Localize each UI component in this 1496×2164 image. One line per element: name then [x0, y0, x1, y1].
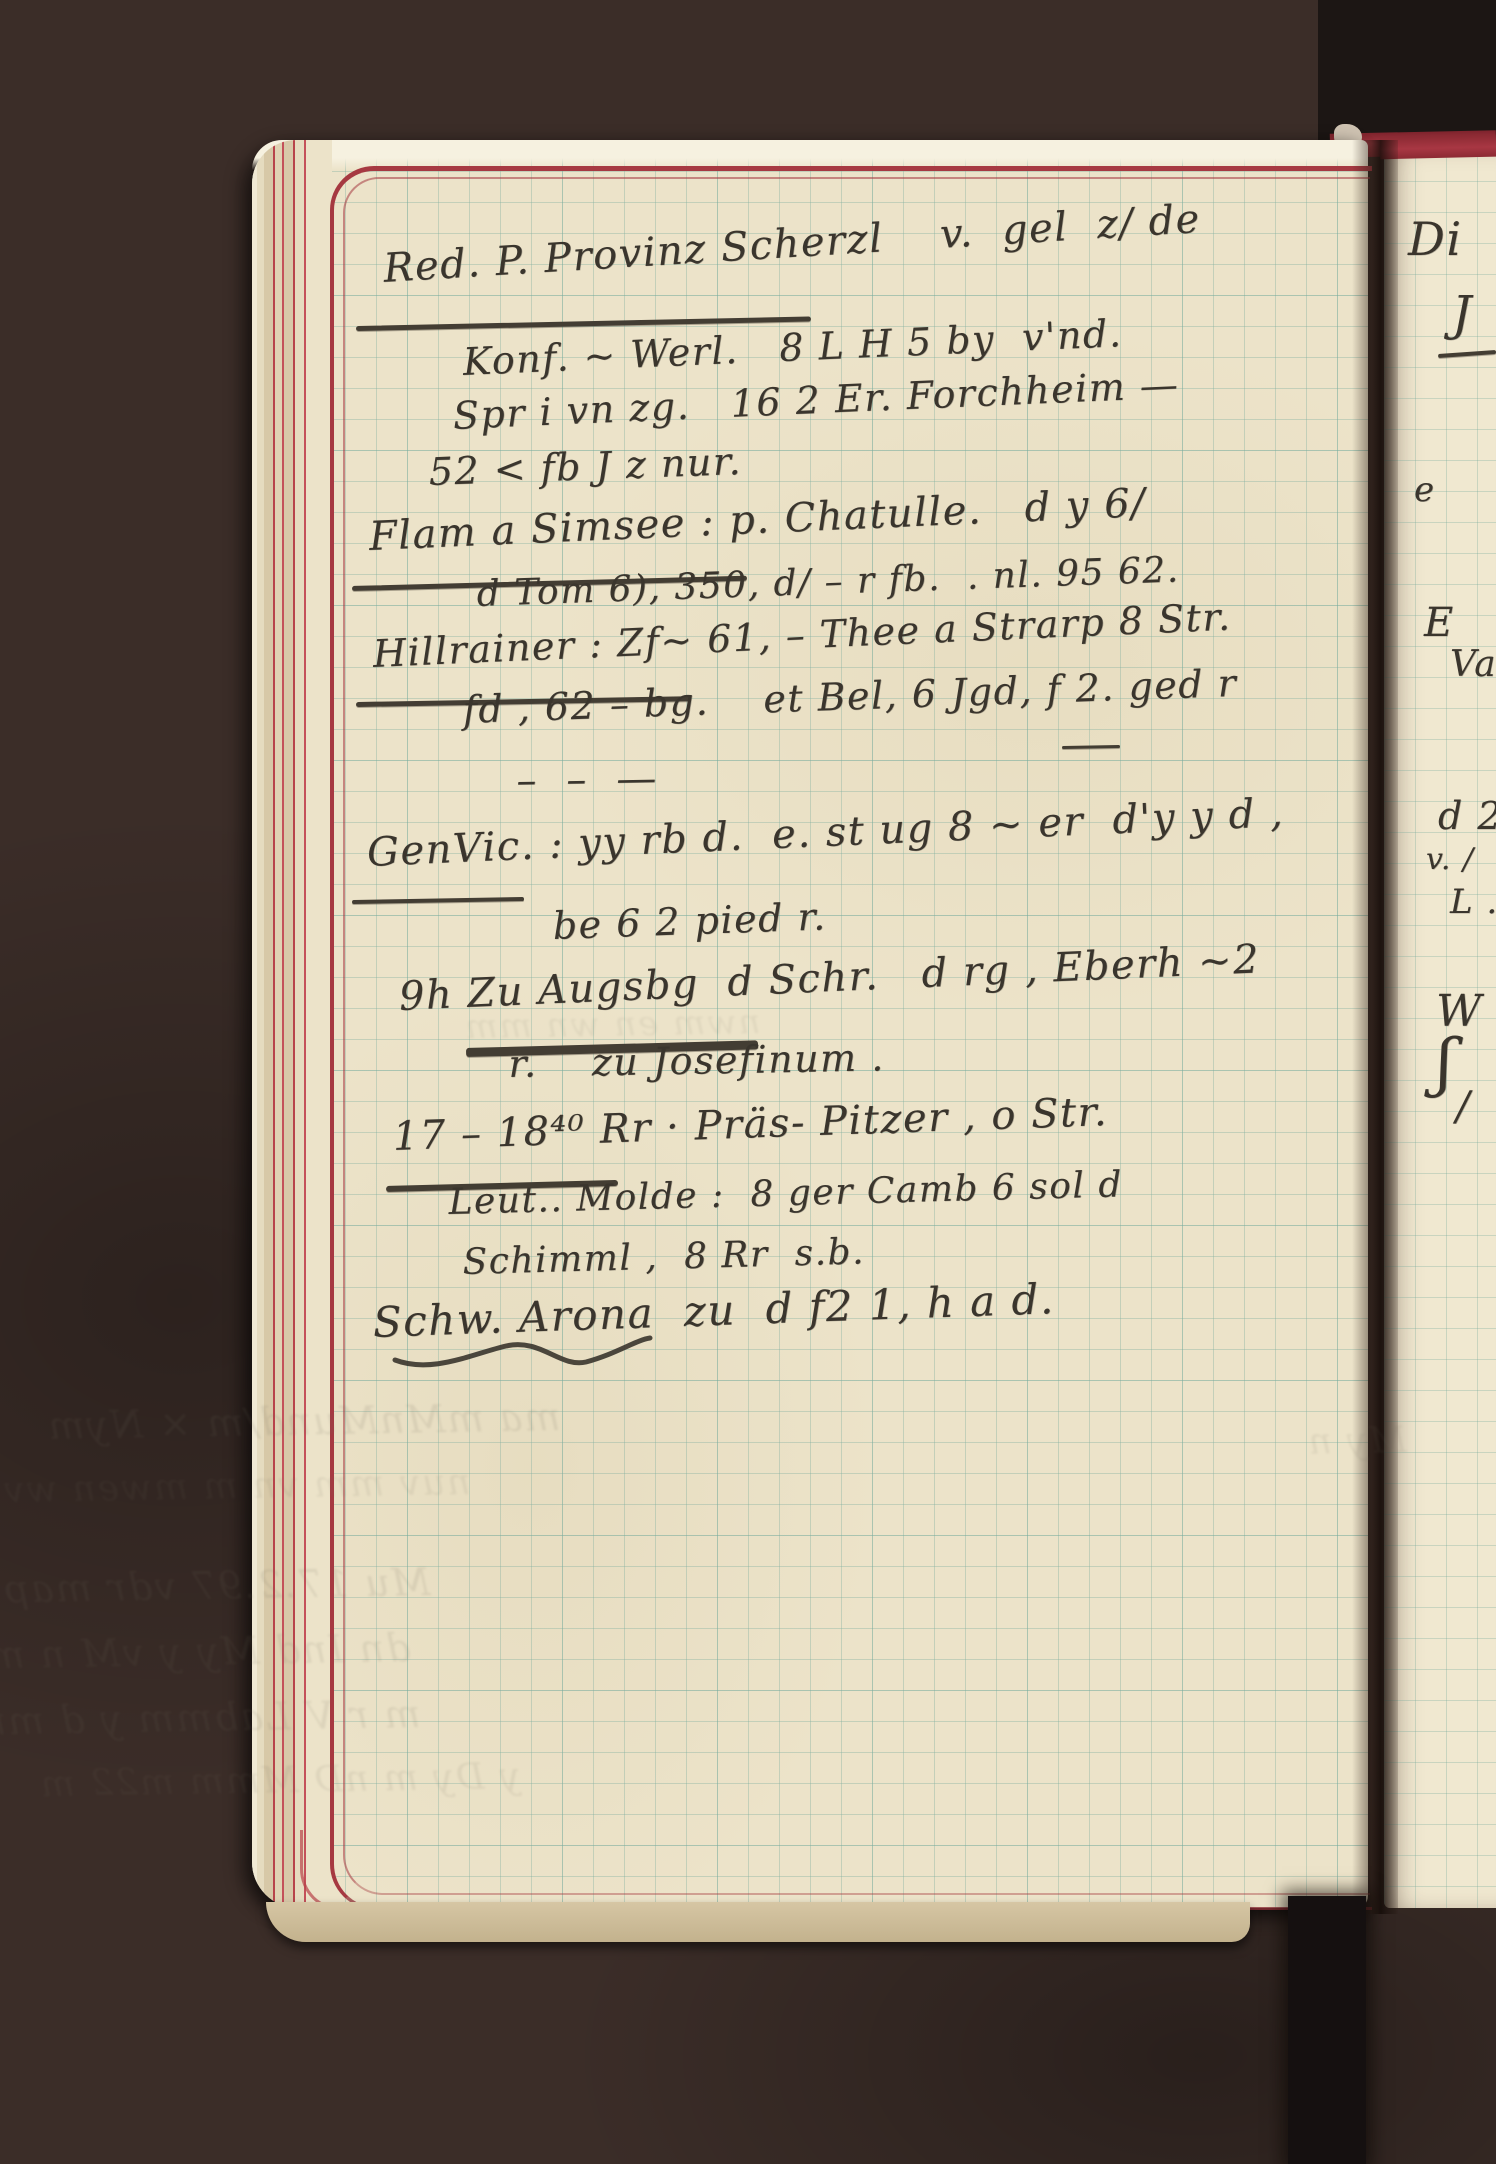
notebook-photo: nwm en wn mmma mMnMund/m × Nymnuv mm vn …	[0, 0, 1496, 2164]
arona-underline-flourish	[0, 0, 1496, 2164]
